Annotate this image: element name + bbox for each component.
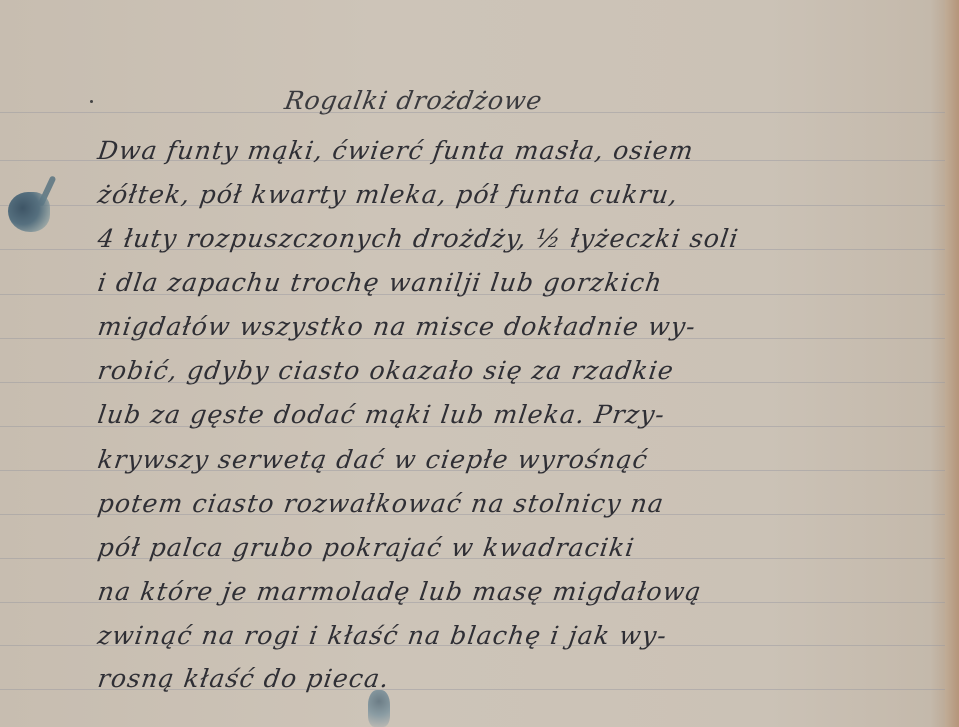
text-line: rosną kłaść do pieca. bbox=[96, 664, 392, 693]
text-line: Dwa funty mąki, ćwierć funta masła, osie… bbox=[96, 136, 696, 165]
text-line: żółtek, pół kwarty mleka, pół funta cukr… bbox=[96, 180, 680, 209]
notebook-page: Rogalki drożdżowe Dwa funty mąki, ćwierć… bbox=[0, 0, 959, 727]
text-line: na które je marmoladę lub masę migdałową bbox=[96, 577, 704, 606]
page-edge bbox=[945, 0, 959, 727]
text-line: potem ciasto rozwałkować na stolnicy na bbox=[96, 489, 666, 518]
text-line: i dla zapachu trochę wanilji lub gorzkic… bbox=[96, 268, 665, 297]
ink-blot-icon bbox=[8, 192, 50, 232]
text-line: zwinąć na rogi i kłaść na blachę i jak w… bbox=[96, 621, 669, 650]
ink-blot-icon bbox=[368, 690, 390, 727]
text-line: krywszy serwetą dać w ciepłe wyrośnąć bbox=[96, 445, 650, 474]
text-line: pół palca grubo pokrajać w kwadraciki bbox=[96, 533, 637, 562]
pen-mark bbox=[90, 100, 93, 103]
text-line: robić, gdyby ciasto okazało się za rzadk… bbox=[96, 356, 676, 385]
text-line: lub za gęste dodać mąki lub mleka. Przy- bbox=[96, 400, 667, 429]
recipe-title: Rogalki drożdżowe bbox=[282, 86, 545, 115]
text-line: migdałów wszystko na misce dokładnie wy- bbox=[96, 312, 698, 341]
text-line: 4 łuty rozpuszczonych drożdży, ½ łyżeczk… bbox=[96, 224, 741, 253]
